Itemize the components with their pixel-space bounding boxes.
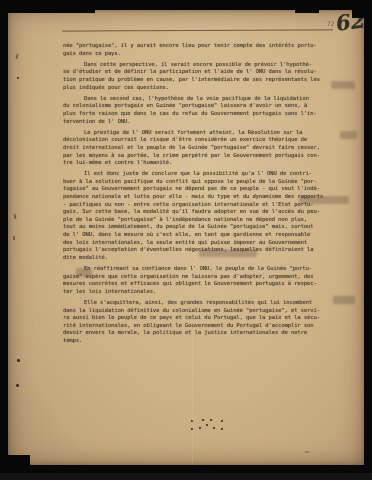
typewritten-text: née "portugaise", il y aurait encore lie… xyxy=(63,43,355,349)
margin-ink-mark xyxy=(17,77,19,79)
paragraph: Il est donc juste de conclure que la pos… xyxy=(63,171,355,262)
scan-border-notch xyxy=(295,0,319,13)
scan-bottom-strip xyxy=(0,473,372,480)
paragraph: Dans le second cas, l'hypothèse de la vo… xyxy=(63,96,355,126)
scanned-document-screenshot: { "scan": { "page_number_typed": "72", "… xyxy=(0,0,372,480)
margin-ink-mark xyxy=(305,451,309,453)
header-rule-line xyxy=(62,29,333,31)
paper-crease xyxy=(192,330,193,465)
paragraph: née "portugaise", il y aurait encore lie… xyxy=(63,43,355,58)
paragraph: En réaffirmant sa confiance dans l' ONU,… xyxy=(63,266,355,296)
paper-sheet: 72 62 née "portugaise", il y aurait enco… xyxy=(8,10,364,465)
margin-ink-mark xyxy=(17,359,20,362)
paragraph: Dans cette perspective, il serait encore… xyxy=(63,62,355,92)
page-number-typed: 72 xyxy=(327,21,334,28)
margin-ink-mark xyxy=(16,384,19,387)
margin-ink-mark xyxy=(15,54,18,59)
margin-ink-mark xyxy=(13,236,15,240)
paragraph: Elle s'acquittera, ainsi, des grandes re… xyxy=(63,300,355,346)
paragraph: Le prestige de l' ONU serait fortement a… xyxy=(63,130,355,168)
scan-border-notch xyxy=(0,0,95,13)
scan-border-notch xyxy=(352,0,372,18)
margin-ink-mark xyxy=(14,214,17,219)
